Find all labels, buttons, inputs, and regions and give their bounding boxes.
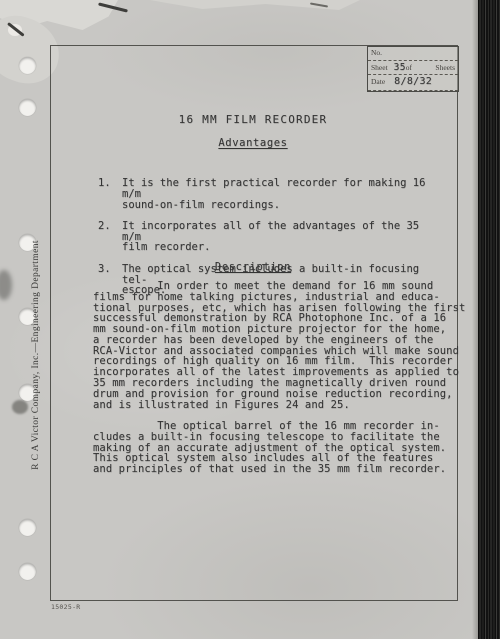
description-heading-text: Description <box>215 261 291 273</box>
item-text: It incorporates all of the advantages of… <box>122 221 438 253</box>
date-label: Date <box>371 77 385 86</box>
description-paragraph-1: In order to meet the demand for 16 mm so… <box>93 281 469 410</box>
item-number: 1. <box>98 178 122 210</box>
description-heading: Description <box>50 261 456 273</box>
no-row: No. <box>368 47 458 61</box>
description-paragraph-2: The optical barrel of the 16 mm recorder… <box>93 421 469 475</box>
item-text: It is the first practical recorder for m… <box>122 178 438 210</box>
sheet-label: Sheet <box>371 63 388 72</box>
torn-paper-edge <box>150 0 360 10</box>
date-row: Date 8/8/32 <box>368 75 458 91</box>
scan-smudge <box>0 270 12 300</box>
scanned-document-page: R C A Victor Company, Inc.—Engineering D… <box>0 0 500 639</box>
list-item: 1. It is the first practical recorder fo… <box>98 178 438 210</box>
scan-smudge <box>12 400 28 414</box>
sheet-number: 35 <box>394 62 406 73</box>
sheet-row: Sheet 35 of Sheets <box>368 61 458 75</box>
punch-hole <box>19 57 36 74</box>
punch-hole <box>19 519 36 536</box>
date-value: 8/8/32 <box>394 76 432 87</box>
company-imprint: R C A Victor Company, Inc.—Engineering D… <box>31 205 45 505</box>
scan-edge-band <box>478 0 500 639</box>
document-title: 16 MM FILM RECORDER <box>50 113 456 126</box>
punch-hole <box>19 563 36 580</box>
advantages-heading: Advantages <box>50 137 456 149</box>
form-number: 15025-R <box>51 603 81 611</box>
item-number: 2. <box>98 221 122 253</box>
sheet-info-box: No. Sheet 35 of Sheets Date 8/8/32 <box>367 46 459 92</box>
sheets-label: Sheets <box>435 63 455 72</box>
no-label: No. <box>371 48 382 57</box>
of-label: of <box>406 63 412 72</box>
list-item: 2. It incorporates all of the advantages… <box>98 221 438 253</box>
punch-hole <box>19 99 36 116</box>
advantages-heading-text: Advantages <box>218 137 287 149</box>
